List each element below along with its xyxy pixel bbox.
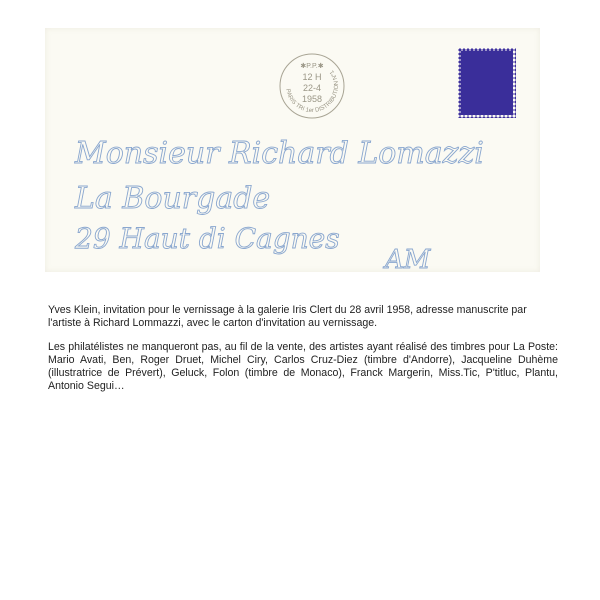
handwritten-address: Monsieur Richard Lomazzi La Bourgade 29 …: [45, 28, 540, 272]
address-line-4: AM: [383, 245, 432, 272]
caption-text-1: Yves Klein, invitation pour le vernissag…: [48, 304, 558, 330]
address-line-2: La Bourgade: [74, 181, 270, 216]
caption-paragraph-2: Les philatélistes ne manqueront pas, au …: [48, 341, 558, 393]
address-line-1: Monsieur Richard Lomazzi: [74, 136, 484, 171]
envelope-image: PARIS TRI 1er DISTRIBUTION N°1 ✱P.P.✱ 12…: [45, 28, 540, 272]
caption-text-2: Les philatélistes ne manqueront pas, au …: [48, 341, 558, 393]
caption-paragraph-1: Yves Klein, invitation pour le vernissag…: [48, 304, 558, 330]
address-line-3: 29 Haut di Cagnes: [74, 222, 340, 255]
